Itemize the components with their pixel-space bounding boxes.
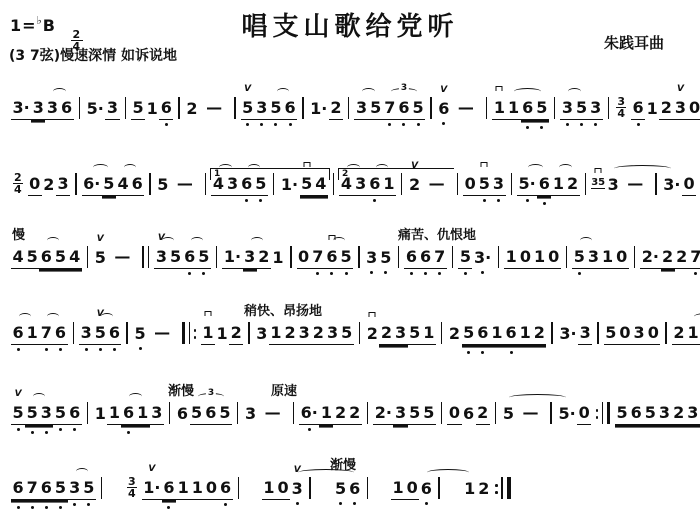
note: 1 bbox=[686, 323, 700, 345]
note: 1 bbox=[492, 98, 506, 120]
note: 6 bbox=[68, 403, 82, 425]
barline bbox=[178, 97, 180, 119]
octave-dot bbox=[113, 348, 116, 351]
note: 3 bbox=[686, 403, 700, 425]
octave-dot bbox=[442, 122, 445, 125]
note: 5V bbox=[11, 403, 25, 425]
notes-row: 240236·5465—43651·5443612V—0535·612353—3… bbox=[8, 172, 694, 196]
slur-arc bbox=[514, 88, 541, 95]
note: 3 bbox=[68, 478, 82, 500]
note: 0 bbox=[618, 323, 632, 345]
note: 5 bbox=[408, 403, 422, 425]
note: 0 bbox=[276, 478, 290, 500]
note: 5 bbox=[102, 174, 116, 196]
octave-dot bbox=[296, 502, 299, 505]
note: 6 bbox=[504, 323, 518, 345]
octave-dot bbox=[694, 272, 697, 275]
octave-dot bbox=[139, 347, 142, 350]
dash-note: — bbox=[154, 323, 170, 345]
slur-arc bbox=[559, 164, 572, 171]
octave-dot bbox=[417, 123, 420, 126]
octave-dot bbox=[274, 123, 277, 126]
note: 2 bbox=[333, 403, 347, 425]
time-signature: 34 bbox=[127, 476, 137, 500]
note: 2 bbox=[257, 247, 271, 269]
note: 5V bbox=[93, 248, 107, 269]
slur-arc bbox=[251, 237, 263, 244]
note: 3 bbox=[255, 98, 269, 120]
slur-arc bbox=[33, 393, 45, 400]
note: 4 bbox=[11, 247, 25, 269]
octave-dot bbox=[127, 431, 130, 434]
note: 6 bbox=[537, 174, 551, 196]
octave-dot bbox=[483, 199, 486, 202]
note: 0 bbox=[682, 174, 696, 196]
note: 0 bbox=[28, 174, 42, 196]
octave-dot bbox=[45, 506, 48, 509]
repeat-dots bbox=[495, 479, 498, 499]
note: 3 bbox=[79, 323, 93, 345]
barline bbox=[597, 322, 599, 344]
barline bbox=[495, 402, 497, 424]
note: 4 bbox=[68, 247, 82, 269]
note: 1 bbox=[551, 174, 565, 196]
score-line: 渐慢676535341·V61106103V5610612 bbox=[8, 454, 694, 500]
barline bbox=[293, 402, 295, 424]
note: 2 bbox=[672, 403, 686, 425]
measure: 053 bbox=[460, 174, 508, 196]
barline bbox=[302, 97, 304, 119]
note: 1· bbox=[222, 247, 242, 269]
note: 5 bbox=[575, 98, 589, 120]
note: 3 bbox=[657, 403, 671, 425]
dash-note: — bbox=[522, 403, 538, 425]
barline bbox=[438, 477, 440, 499]
slur-arc bbox=[427, 469, 469, 476]
note: 5 bbox=[53, 478, 67, 500]
octave-dot bbox=[31, 431, 34, 434]
octave-dot bbox=[17, 348, 20, 351]
note: 1 bbox=[271, 248, 285, 269]
bow-mark bbox=[481, 162, 488, 167]
octave-dot bbox=[594, 123, 597, 126]
measure: 35765 bbox=[351, 98, 428, 120]
slur-arc bbox=[93, 164, 108, 171]
note: 2 bbox=[311, 323, 325, 345]
slur-arc bbox=[362, 88, 375, 95]
octave-dot bbox=[17, 506, 20, 509]
barline bbox=[205, 173, 207, 195]
note: 5 bbox=[53, 403, 67, 425]
note: 6 bbox=[204, 403, 218, 425]
note: 0 bbox=[547, 247, 561, 269]
measure: 6V— bbox=[434, 98, 484, 120]
note: 3· bbox=[558, 324, 578, 345]
measure: 103V bbox=[259, 478, 307, 500]
note: 7 bbox=[311, 247, 325, 269]
measure: 2561612 bbox=[444, 323, 549, 345]
slur-arc bbox=[580, 237, 592, 244]
volta-bracket: 1 bbox=[210, 168, 330, 180]
note: 0 bbox=[405, 478, 419, 500]
barline bbox=[309, 477, 311, 499]
octave-dot bbox=[424, 272, 427, 275]
note: 3 bbox=[325, 323, 339, 345]
barline bbox=[101, 477, 103, 499]
note: 2 bbox=[477, 479, 491, 500]
barline bbox=[507, 477, 511, 499]
measure: 516 bbox=[128, 98, 176, 120]
measure: 5310 bbox=[569, 247, 632, 269]
note: 3· bbox=[662, 175, 682, 196]
measure: 112 bbox=[198, 323, 246, 345]
note: 0 bbox=[447, 403, 461, 425]
measure: 35V6 bbox=[76, 323, 124, 345]
note: 1 bbox=[422, 323, 436, 345]
barline bbox=[550, 402, 552, 424]
measure: 2·355 bbox=[370, 403, 439, 425]
note: 1 bbox=[518, 323, 532, 345]
measure: 3123235 bbox=[252, 323, 357, 345]
octave-dot bbox=[59, 428, 62, 431]
note: 0 bbox=[615, 247, 629, 269]
note: 1 bbox=[93, 404, 107, 425]
notes-row: 676535341·V61106103V5610612 bbox=[8, 476, 513, 500]
note: 5 bbox=[458, 247, 472, 269]
note: 5 bbox=[25, 403, 39, 425]
note: 5 bbox=[131, 98, 145, 120]
note: 1 bbox=[645, 99, 659, 120]
slur-arc bbox=[333, 237, 345, 244]
octave-dot bbox=[73, 503, 76, 506]
note: 6 bbox=[11, 323, 25, 345]
time-denominator: 4 bbox=[128, 488, 136, 499]
note: 2 bbox=[229, 323, 243, 345]
measure: 12 bbox=[460, 479, 494, 500]
note: 7 bbox=[689, 247, 700, 269]
note: 6 bbox=[11, 478, 25, 500]
octave-dot bbox=[45, 348, 48, 351]
note: 6 bbox=[462, 404, 476, 425]
note: 6 bbox=[419, 247, 433, 269]
barline bbox=[498, 246, 500, 268]
octave-dot bbox=[566, 123, 569, 126]
barline bbox=[608, 97, 610, 119]
measure: 6176 bbox=[8, 323, 71, 345]
octave-dot bbox=[578, 272, 581, 275]
note: 6 bbox=[53, 323, 67, 345]
note: 3 bbox=[105, 98, 119, 120]
measure: 5— bbox=[153, 174, 203, 196]
note: 6 bbox=[629, 403, 643, 425]
breath-mark: V bbox=[244, 84, 251, 95]
barline bbox=[359, 322, 361, 344]
measure: 5V356 bbox=[238, 98, 301, 120]
octave-dot bbox=[464, 272, 467, 275]
note: 2 bbox=[661, 247, 675, 269]
note: 2 bbox=[532, 323, 546, 345]
note: 1 bbox=[391, 478, 405, 500]
measure: 5— bbox=[130, 323, 180, 345]
note: 6 bbox=[130, 174, 144, 196]
note: 6 bbox=[121, 403, 135, 425]
note: 6 bbox=[159, 98, 173, 120]
note: 3 bbox=[632, 323, 646, 345]
note: 7 bbox=[383, 98, 397, 120]
note: 6 bbox=[283, 98, 297, 120]
note: 2 bbox=[675, 247, 689, 269]
tempo-label: 痛苦、仇恨地 bbox=[398, 224, 476, 243]
octave-dot bbox=[260, 123, 263, 126]
note: 3 bbox=[255, 324, 269, 345]
note: 6· bbox=[82, 174, 102, 196]
measure: 24023 bbox=[8, 172, 73, 196]
octave-dot bbox=[259, 199, 262, 202]
note: 3 bbox=[491, 174, 505, 196]
slur-arc bbox=[614, 165, 671, 172]
volta-bracket: 2 bbox=[338, 168, 454, 180]
note: 2 bbox=[659, 98, 673, 120]
octave-dot bbox=[330, 272, 333, 275]
measure: 5030 bbox=[601, 323, 664, 345]
note: 5 bbox=[218, 403, 232, 425]
barline bbox=[73, 322, 75, 344]
barline bbox=[234, 97, 236, 119]
score-line: 240236·5465—43651·5443612V—0535·612353—3… bbox=[8, 150, 694, 196]
measure: 45654 bbox=[8, 247, 85, 269]
note: 0 bbox=[577, 403, 591, 425]
note: 1 bbox=[504, 247, 518, 269]
measure: 2176 bbox=[669, 323, 700, 345]
barline bbox=[452, 246, 454, 268]
barline bbox=[511, 173, 513, 195]
barline bbox=[457, 173, 459, 195]
barline bbox=[149, 173, 151, 195]
note: 2· bbox=[640, 247, 660, 269]
repeat-dots bbox=[194, 324, 197, 344]
tuning-tempo-direction: (3 7弦)慢速深情 如诉说地 bbox=[9, 45, 177, 65]
barline bbox=[367, 402, 369, 424]
note: 5 bbox=[572, 247, 586, 269]
note: 7 bbox=[25, 478, 39, 500]
octave-dot bbox=[59, 348, 62, 351]
note: 1 bbox=[601, 247, 615, 269]
note: 2 bbox=[185, 99, 199, 120]
note: 2 bbox=[476, 403, 490, 425]
note: 1 bbox=[269, 323, 283, 345]
measure: 3·3 bbox=[555, 323, 595, 345]
measure: 353 bbox=[557, 98, 605, 120]
octave-dot bbox=[373, 199, 376, 202]
note: 1 bbox=[262, 478, 276, 500]
note: 3 bbox=[297, 323, 311, 345]
note: 5· bbox=[517, 174, 537, 196]
measure: 5·612 bbox=[514, 174, 583, 196]
octave-dot bbox=[31, 506, 34, 509]
octave-dot bbox=[637, 123, 640, 126]
note: 5 bbox=[379, 248, 393, 269]
note: 3V bbox=[154, 247, 168, 269]
octave-dot bbox=[543, 202, 546, 205]
note: 5 bbox=[156, 175, 170, 196]
measure: 353— bbox=[588, 174, 653, 196]
note: 3 bbox=[589, 98, 603, 120]
note: 6· bbox=[299, 403, 319, 425]
note: 2 bbox=[329, 98, 343, 120]
barline bbox=[142, 246, 144, 268]
barline bbox=[182, 322, 185, 344]
note: 5 bbox=[643, 403, 657, 425]
note: 5 bbox=[501, 404, 515, 425]
note: 6 bbox=[183, 247, 197, 269]
note: 5 bbox=[615, 403, 629, 425]
time-signature: 34 bbox=[616, 96, 626, 120]
note: 5 bbox=[462, 323, 476, 345]
note: 1 bbox=[506, 98, 520, 120]
note: 0 bbox=[204, 478, 218, 500]
note: 3 bbox=[394, 323, 408, 345]
barline bbox=[554, 97, 556, 119]
dash-note: — bbox=[114, 247, 130, 269]
bow-mark bbox=[496, 86, 503, 91]
octave-dot bbox=[188, 272, 191, 275]
tempo-label: 原速 bbox=[271, 380, 297, 399]
note: 1· bbox=[309, 99, 329, 120]
octave-dot bbox=[165, 123, 168, 126]
tuplet-number: 3 bbox=[399, 84, 409, 93]
measure: 1165 bbox=[489, 98, 552, 120]
note: 3 bbox=[578, 323, 592, 345]
note: 3 bbox=[150, 403, 164, 425]
page-title: 唱支山歌给党听 bbox=[0, 6, 700, 43]
measure: 56532327 bbox=[612, 403, 700, 425]
measure: 6565 bbox=[172, 403, 235, 425]
note: 6 bbox=[419, 479, 433, 500]
measure: 106 bbox=[388, 478, 436, 500]
note: 6 bbox=[631, 98, 645, 120]
tempo-label: 慢 bbox=[12, 224, 25, 243]
note: 1 bbox=[490, 323, 504, 345]
octave-dot bbox=[481, 351, 484, 354]
note: 5 bbox=[340, 323, 354, 345]
measure: 3·336 bbox=[8, 98, 77, 120]
tuplet-number: 3 bbox=[206, 389, 216, 398]
measure: 22351 bbox=[362, 323, 439, 345]
barline bbox=[602, 402, 604, 424]
octave-dot bbox=[246, 123, 249, 126]
note: 1 bbox=[25, 323, 39, 345]
barline bbox=[87, 402, 89, 424]
octave-dot bbox=[388, 123, 391, 126]
note: 1 bbox=[215, 324, 229, 345]
breath-mark: V bbox=[97, 234, 104, 245]
note: 6 bbox=[521, 98, 535, 120]
octave-dot bbox=[438, 272, 441, 275]
slur-arc bbox=[528, 164, 543, 171]
barline bbox=[665, 322, 667, 344]
note: 1 bbox=[190, 478, 204, 500]
barline bbox=[566, 246, 568, 268]
repeat-dots bbox=[596, 404, 599, 424]
measure: 5·0 bbox=[554, 403, 594, 425]
octave-dot bbox=[316, 272, 319, 275]
barline bbox=[290, 246, 292, 268]
measure: 11613 bbox=[90, 403, 167, 425]
measure: 6·122 bbox=[296, 403, 365, 425]
note: 5 bbox=[190, 403, 204, 425]
barline bbox=[333, 173, 335, 195]
octave-dot bbox=[45, 431, 48, 434]
note: 5 bbox=[411, 98, 425, 120]
octave-dot bbox=[99, 348, 102, 351]
note: 1 bbox=[176, 478, 190, 500]
slur-arc bbox=[53, 88, 66, 95]
octave-dot bbox=[17, 428, 20, 431]
time-signature: 24 bbox=[13, 172, 23, 196]
note: 0 bbox=[297, 247, 311, 269]
note: 6 bbox=[162, 478, 176, 500]
note: 1 bbox=[107, 403, 121, 425]
note: 3 bbox=[45, 98, 59, 120]
tempo-label: 稍快、昂扬地 bbox=[244, 300, 322, 319]
note: 2 bbox=[566, 174, 580, 196]
score-line: 渐慢原速5V53561161365653—6·1222·3550625—5·05… bbox=[8, 380, 694, 425]
barline bbox=[358, 246, 360, 268]
octave-dot bbox=[167, 506, 170, 509]
note: 5V bbox=[241, 98, 255, 120]
octave-dot bbox=[497, 199, 500, 202]
dash-note: — bbox=[177, 174, 193, 196]
note: 6 bbox=[175, 404, 189, 425]
breath-mark: V bbox=[148, 464, 155, 475]
barline bbox=[607, 402, 610, 424]
barline bbox=[585, 173, 587, 195]
note: 1 bbox=[463, 479, 477, 500]
barline bbox=[237, 402, 239, 424]
note: 3 bbox=[606, 175, 620, 196]
note: 7 bbox=[39, 323, 53, 345]
note: 2 bbox=[283, 323, 297, 345]
dash-note: — bbox=[627, 174, 643, 196]
note: 6 bbox=[348, 479, 362, 500]
measure: 1·2 bbox=[306, 98, 346, 120]
note: 5 bbox=[604, 323, 618, 345]
slur-arc bbox=[509, 394, 566, 401]
barline bbox=[216, 246, 218, 268]
note: 0 bbox=[688, 98, 700, 120]
bow-mark bbox=[303, 162, 310, 167]
measure: 3V565 bbox=[151, 247, 214, 269]
slur-arc bbox=[19, 313, 31, 320]
note: 1·V bbox=[142, 478, 162, 500]
barline bbox=[87, 246, 89, 268]
measure: 6·546 bbox=[79, 174, 148, 196]
note: 5 bbox=[269, 98, 283, 120]
note: 5· bbox=[85, 99, 105, 120]
barline bbox=[75, 173, 77, 195]
measure: 3— bbox=[240, 403, 290, 425]
barline bbox=[367, 477, 369, 499]
note: 5 bbox=[339, 247, 353, 269]
dash-note: — bbox=[458, 98, 474, 120]
barline bbox=[486, 97, 488, 119]
measure: 667 bbox=[401, 247, 449, 269]
barline bbox=[441, 322, 443, 344]
breath-mark: V bbox=[15, 389, 22, 400]
measure: 1010 bbox=[501, 247, 564, 269]
measure: 2·227 bbox=[637, 247, 700, 269]
breath-mark: V bbox=[440, 85, 447, 96]
